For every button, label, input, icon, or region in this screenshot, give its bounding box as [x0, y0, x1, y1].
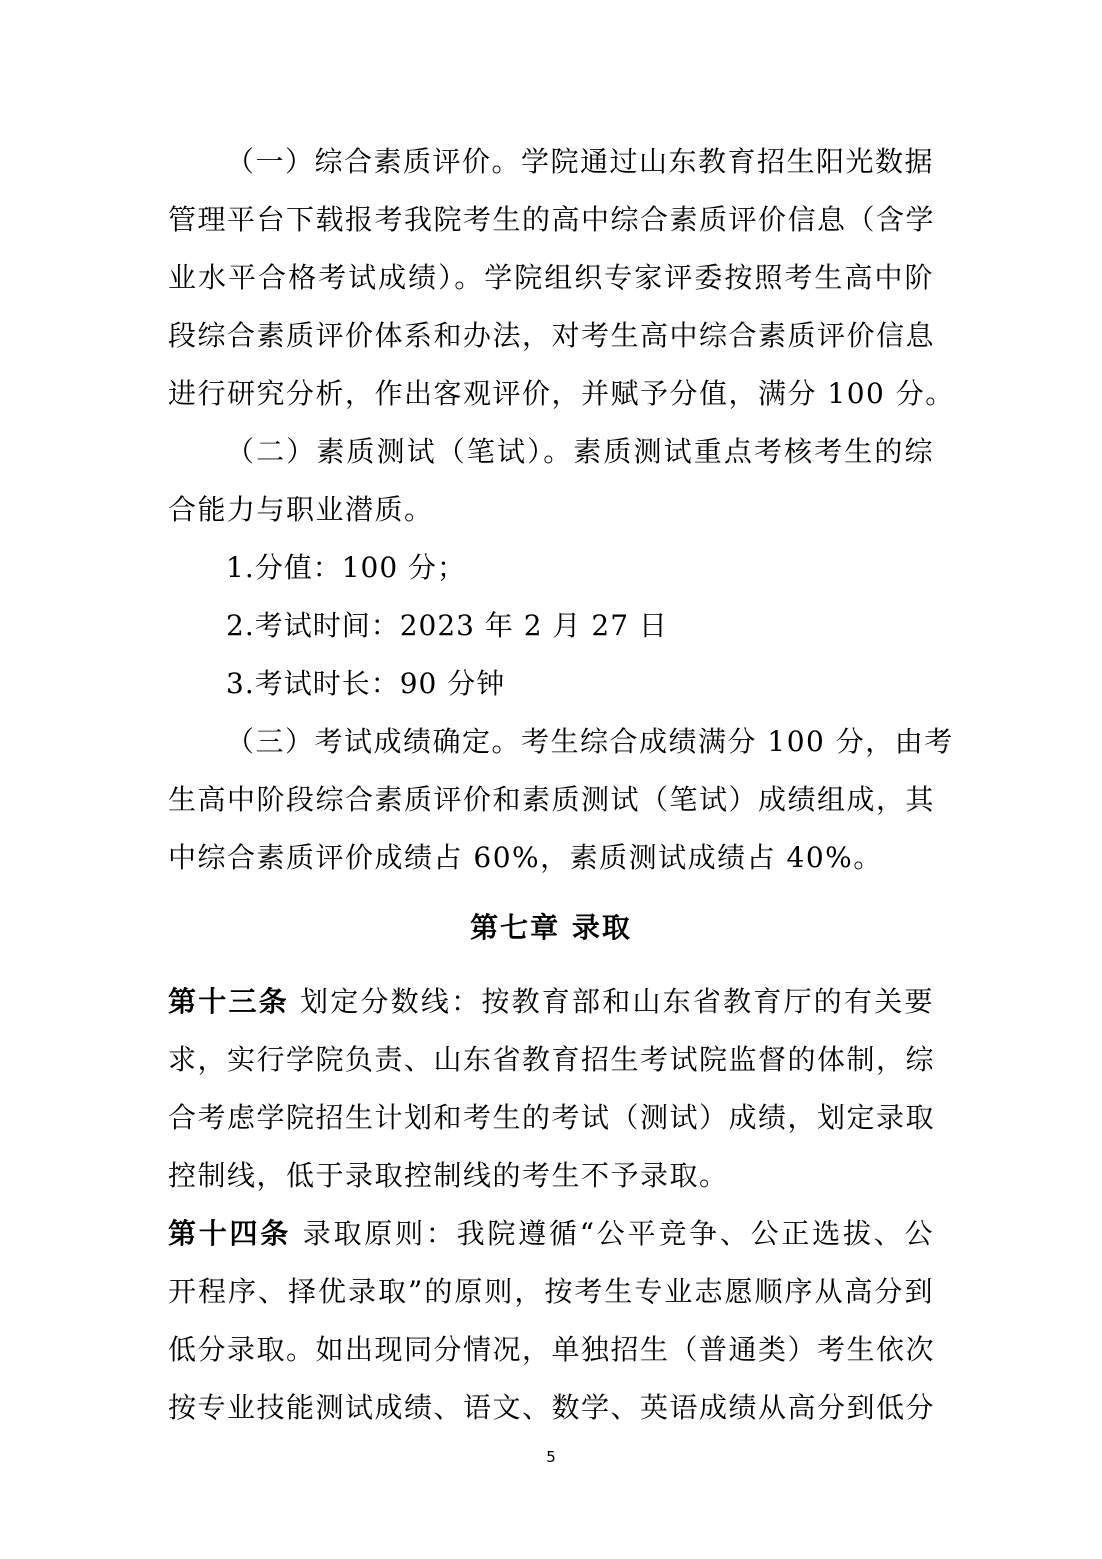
- list-item: 3.考试时长：90 分钟: [226, 664, 505, 704]
- paragraph-line: 管理平台下载报考我院考生的高中综合素质评价信息（含学: [168, 200, 934, 240]
- article-line: 按专业技能测试成绩、语文、数学、英语成绩从高分到低分: [168, 1388, 934, 1428]
- article-line: 低分录取。如出现同分情况，单独招生（普通类）考生依次: [168, 1330, 934, 1370]
- paragraph-line: （一）综合素质评价。学院通过山东教育招生阳光数据: [226, 142, 934, 182]
- article-line: 第十三条 划定分数线：按教育部和山东省教育厅的有关要: [168, 982, 934, 1022]
- paragraph-line: （二）素质测试（笔试）。素质测试重点考核考生的综: [226, 432, 934, 472]
- article-line: 开程序、择优录取”的原则，按考生专业志愿顺序从高分到: [168, 1272, 934, 1312]
- list-item: 2.考试时间：2023 年 2 月 27 日: [226, 606, 668, 646]
- paragraph-line: （三）考试成绩确定。考生综合成绩满分 100 分，由考: [226, 722, 934, 762]
- paragraph-line: 合能力与职业潜质。: [168, 490, 934, 530]
- page-number: 5: [0, 1447, 1102, 1467]
- paragraph-line: 进行研究分析，作出客观评价，并赋予分值，满分 100 分。: [168, 374, 934, 414]
- list-item: 1.分值：100 分；: [226, 548, 466, 588]
- paragraph-line: 业水平合格考试成绩）。学院组织专家评委按照考生高中阶: [168, 258, 934, 298]
- paragraph-line: 段综合素质评价体系和办法，对考生高中综合素质评价信息: [168, 316, 934, 356]
- article-text: 划定分数线：按教育部和山东省教育厅的有关要: [300, 985, 934, 1018]
- chapter-heading: 第七章 录取: [0, 908, 1102, 948]
- paragraph-line: 生高中阶段综合素质评价和素质测试（笔试）成绩组成，其: [168, 780, 934, 820]
- article-line: 控制线，低于录取控制线的考生不予录取。: [168, 1156, 934, 1196]
- article-line: 第十四条 录取原则：我院遵循“公平竞争、公正选拔、公: [168, 1214, 934, 1254]
- document-page: （一）综合素质评价。学院通过山东教育招生阳光数据 管理平台下载报考我院考生的高中…: [0, 0, 1102, 1559]
- article-label: 第十三条: [168, 985, 289, 1018]
- article-line: 求，实行学院负责、山东省教育招生考试院监督的体制，综: [168, 1040, 934, 1080]
- paragraph-line: 中综合素质评价成绩占 60%，素质测试成绩占 40%。: [168, 838, 934, 878]
- article-line: 合考虑学院招生计划和考生的考试（测试）成绩，划定录取: [168, 1098, 934, 1138]
- article-label: 第十四条: [168, 1217, 291, 1250]
- article-text: 录取原则：我院遵循“公平竞争、公正选拔、公: [303, 1217, 934, 1250]
